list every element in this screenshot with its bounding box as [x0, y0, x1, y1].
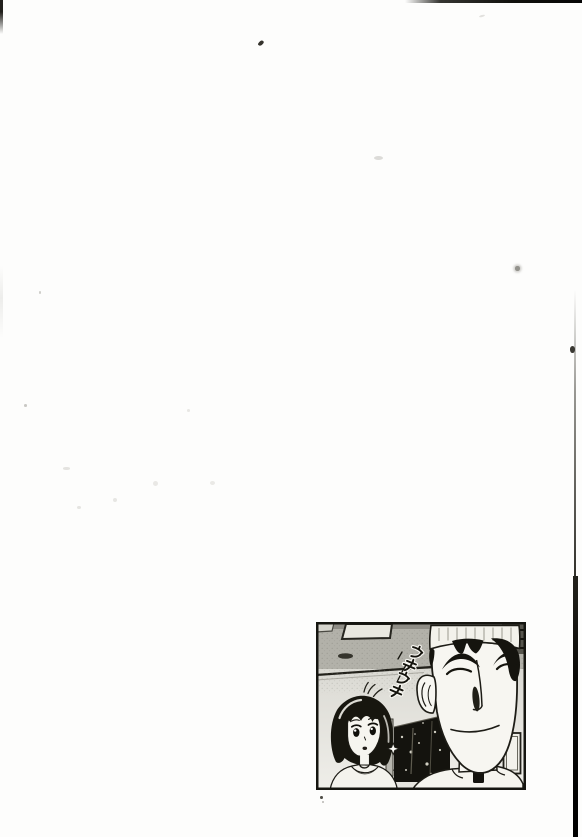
scan-mark-top-left	[0, 0, 3, 34]
dust-speck	[77, 506, 81, 509]
scanned-manga-page: ウキウキ	[0, 0, 582, 837]
page-edge-line-faint	[574, 290, 576, 582]
dust-speck	[187, 409, 190, 412]
scan-streak-left-edge	[0, 266, 3, 338]
dust-speck	[374, 156, 383, 160]
dust-speck	[24, 404, 27, 407]
manga-panel: ウキウキ	[316, 622, 526, 790]
ceiling-light-icon	[338, 653, 353, 659]
woman-mouth	[363, 747, 368, 750]
dust-speck	[515, 266, 520, 271]
dust-speck	[258, 40, 264, 47]
dust-speck	[153, 481, 158, 486]
page-edge-line	[573, 576, 578, 837]
dust-speck	[113, 498, 117, 502]
dust-speck	[479, 14, 485, 17]
dust-speck	[39, 291, 42, 294]
panel-artwork: ウキウキ	[316, 622, 526, 790]
page-edge-line-blob	[570, 346, 576, 353]
dust-speck	[63, 467, 70, 470]
dust-speck	[320, 796, 323, 800]
dust-speck	[210, 481, 215, 485]
woman-neck	[360, 755, 370, 766]
scan-line-top-right	[405, 0, 582, 3]
dust-speck	[322, 801, 324, 803]
